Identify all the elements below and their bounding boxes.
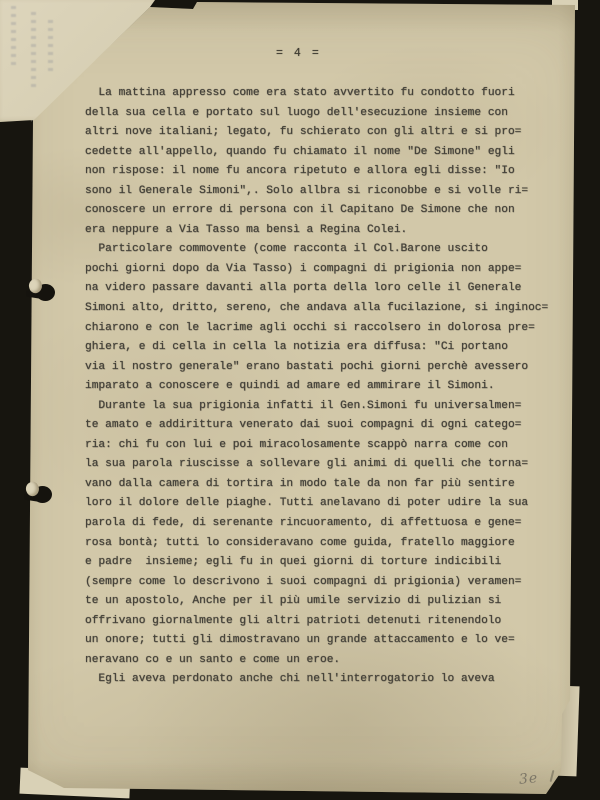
ghost-text-marks bbox=[11, 6, 16, 68]
text-line: parola di fede, di serenante rincuoramen… bbox=[85, 514, 565, 534]
text-line: cedette all'appello, quando fu chiamato … bbox=[85, 143, 565, 163]
text-line: sono il Generale Simoni",. Solo allbra s… bbox=[85, 182, 565, 202]
text-line: via il nostro generale" erano bastati po… bbox=[85, 358, 565, 378]
document-page: = 4 = La mattina appresso come era stato… bbox=[0, 0, 600, 800]
text-line: la sua parola riuscisse a sollevare gli … bbox=[85, 455, 565, 475]
text-line: Egli aveva perdonato anche chi nell'inte… bbox=[85, 670, 565, 690]
text-line: ria: chi fu con lui e poi miracolosament… bbox=[85, 436, 565, 456]
text-line: (sempre come lo descrivono i suoi compag… bbox=[85, 573, 565, 593]
text-line: della sua cella e portato sul luogo dell… bbox=[85, 104, 565, 124]
text-line: era neppure a Via Tasso ma bensì a Regin… bbox=[85, 221, 565, 241]
text-line: pochi giorni dopo da Via Tasso) i compag… bbox=[85, 260, 565, 280]
ghost-text-marks bbox=[31, 12, 36, 90]
typewritten-text: La mattina appresso come era stato avver… bbox=[85, 84, 565, 690]
text-line: na videro passare davanti alla porta del… bbox=[85, 279, 565, 299]
text-line: conoscere un errore di persona con il Ca… bbox=[85, 201, 565, 221]
text-line: offrivano giornalmente gli altri patriot… bbox=[85, 612, 565, 632]
scan-backdrop: = 4 = La mattina appresso come era stato… bbox=[0, 0, 600, 800]
text-line: te un apostolo, Anche per il più umile s… bbox=[85, 592, 565, 612]
text-line: Simoni alto, dritto, sereno, che andava … bbox=[85, 299, 565, 319]
page-number: = 4 = bbox=[276, 47, 321, 60]
text-line: Particolare commovente (come racconta il… bbox=[85, 240, 565, 260]
text-line: e padre insieme; egli fu in quei giorni … bbox=[85, 553, 565, 573]
text-line: ghiera, e di cella in cella la notizia e… bbox=[85, 338, 565, 358]
text-line: rosa bontà; tutti lo consideravano come … bbox=[85, 534, 565, 554]
text-line: altri nove italiani; legato, fu schierat… bbox=[85, 123, 565, 143]
pencil-note: 3e bbox=[518, 770, 539, 788]
text-line: Durante la sua prigionia infatti il Gen.… bbox=[85, 397, 565, 417]
pencil-tick-mark bbox=[550, 770, 555, 782]
text-line: La mattina appresso come era stato avver… bbox=[85, 84, 565, 104]
text-line: neravano co e un santo e come un eroe. bbox=[85, 651, 565, 671]
text-line: chiarono e con le lacrime agli occhi si … bbox=[85, 319, 565, 339]
text-line: te amato e addirittura venerato dai suoi… bbox=[85, 416, 565, 436]
ghost-text-marks bbox=[48, 20, 53, 72]
text-line: vano dalla camera di tortira in modo tal… bbox=[85, 475, 565, 495]
text-line: un onore; tutti gli dimostravano un gran… bbox=[85, 631, 565, 651]
text-line: imparato a conoscere e quindi ad amare e… bbox=[85, 377, 565, 397]
text-line: non rispose: il nome fu ancora ripetuto … bbox=[85, 162, 565, 182]
text-line: loro il dolore delle piaghe. Tutti anela… bbox=[85, 494, 565, 514]
